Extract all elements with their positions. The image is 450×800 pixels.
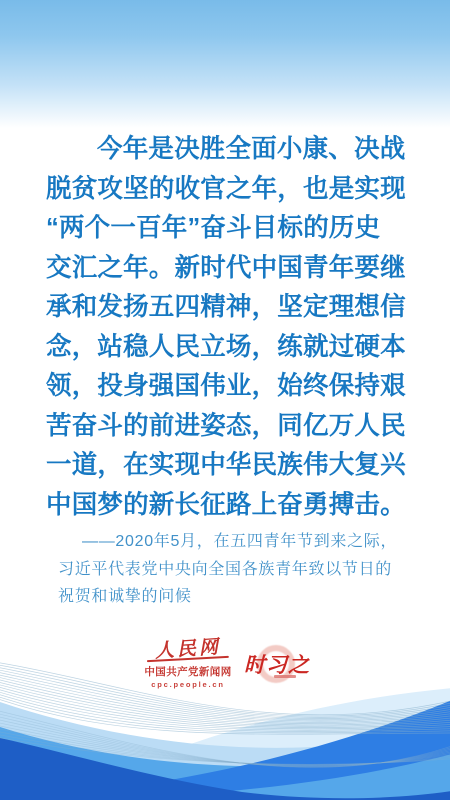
header-gradient xyxy=(0,0,450,128)
footer-logos: 人民网 中国共产党新闻网 cpc.people.cn 时习之 xyxy=(144,640,306,690)
quote-text: 今年是决胜全面小康、决战 脱贫攻坚的收官之年，也是实现 “两个一百年”奋斗目标的… xyxy=(46,130,418,525)
shixizhi-subtext xyxy=(274,675,296,678)
peoples-daily-logo: 人民网 中国共产党新闻网 cpc.people.cn xyxy=(144,640,232,689)
poster-card: 今年是决胜全面小康、决战 脱贫攻坚的收官之年，也是实现 “两个一百年”奋斗目标的… xyxy=(0,0,450,800)
cpc-news-site-name: 中国共产党新闻网 xyxy=(144,664,232,679)
shixizhi-column-logo: 时习之 xyxy=(246,642,306,690)
cpc-news-domain: cpc.people.cn xyxy=(144,680,232,689)
attribution-text: ——2020年5月，在五四青年节到来之际， 习近平代表党中央向全国各族青年致以节… xyxy=(58,528,406,611)
